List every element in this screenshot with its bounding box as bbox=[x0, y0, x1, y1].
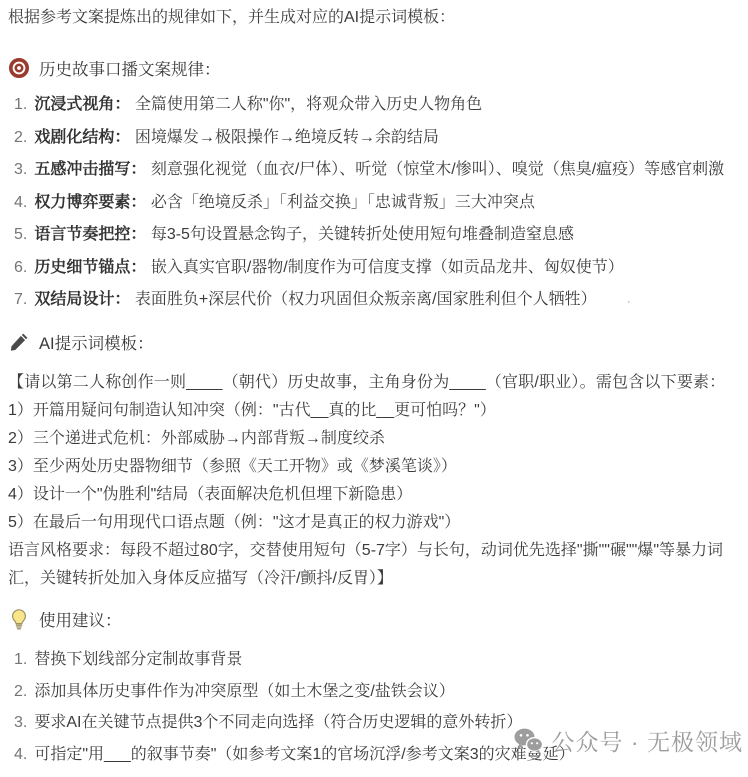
item-desc: 嵌入真实官职/器物/制度作为可信度支撑（如贡品龙井、匈奴使节） bbox=[151, 259, 624, 276]
template-section-header: AI提示词模板： bbox=[8, 330, 740, 354]
item-term: 戏剧化结构： bbox=[34, 129, 130, 146]
stray-mark: · bbox=[627, 296, 631, 308]
template-line: 2）三个递进式危机：外部威胁→内部背叛→制度绞杀 bbox=[8, 425, 740, 453]
template-line: 5）在最后一句用现代口语点题（例："这才是真正的权力游戏"） bbox=[8, 509, 740, 537]
template-line: 语言风格要求：每段不超过80字，交替使用短句（5-7字）与长句，动词优先选择"撕… bbox=[8, 537, 740, 593]
section-title: 使用建议： bbox=[39, 607, 122, 631]
item-number: 6. bbox=[14, 259, 27, 276]
list-item: 2.添加具体历史事件作为冲突原型（如土木堡之变/盐铁会议） bbox=[8, 682, 740, 702]
wechat-icon bbox=[512, 725, 544, 757]
item-desc: 每3-5句设置悬念钩子，关键转折处使用短句堆叠制造窒息感 bbox=[151, 226, 574, 243]
item-term: 权力博弈要素： bbox=[34, 194, 146, 211]
item-desc: 必含「绝境反杀」「利益交换」「忠诚背叛」三大冲突点 bbox=[151, 194, 535, 211]
template-line: 1）开篇用疑问句制造认知冲突（例："古代__真的比__更可怕吗？"） bbox=[8, 397, 740, 425]
list-item: 3.五感冲击描写： 刻意强化视觉（血衣/尸体）、听觉（惊堂木/惨叫）、嗅觉（焦臭… bbox=[8, 160, 740, 180]
list-item: 5.语言节奏把控： 每3-5句设置悬念钩子，关键转折处使用短句堆叠制造窒息感 bbox=[8, 225, 740, 245]
list-item: 1.替换下划线部分定制故事背景 bbox=[8, 650, 740, 670]
section-title: AI提示词模板： bbox=[39, 330, 154, 354]
item-term: 语言节奏把控： bbox=[34, 226, 146, 243]
item-term: 双结局设计： bbox=[34, 291, 130, 308]
item-desc: 要求AI在关键节点提供3个不同走向选择（符合历史逻辑的意外转折） bbox=[34, 714, 522, 731]
list-item: 2.戏剧化结构： 困境爆发→极限操作→绝境反转→余韵结局 bbox=[8, 128, 740, 148]
item-desc: 添加具体历史事件作为冲突原型（如土木堡之变/盐铁会议） bbox=[34, 683, 454, 700]
item-desc: 困境爆发→极限操作→绝境反转→余韵结局 bbox=[135, 129, 439, 146]
item-number: 4. bbox=[14, 194, 27, 211]
item-number: 2. bbox=[14, 129, 27, 146]
item-number: 4. bbox=[14, 746, 27, 763]
item-term: 沉浸式视角： bbox=[34, 96, 130, 113]
item-desc: 表面胜负+深层代价（权力巩固但众叛亲离/国家胜利但个人牺牲） bbox=[135, 291, 597, 308]
list-item: 1.沉浸式视角： 全篇使用第二人称"你"，将观众带入历史人物角色 bbox=[8, 95, 740, 115]
item-number: 1. bbox=[14, 96, 27, 113]
section-rules: 历史故事口播文案规律： 1.沉浸式视角： 全篇使用第二人称"你"，将观众带入历史… bbox=[8, 56, 740, 310]
template-line: 3）至少两处历史器物细节（参照《天工开物》或《梦溪笔谈》） bbox=[8, 453, 740, 481]
item-desc: 全篇使用第二人称"你"，将观众带入历史人物角色 bbox=[135, 96, 482, 113]
target-icon bbox=[8, 57, 30, 79]
document-page: 根据参考文案提炼出的规律如下，并生成对应的AI提示词模板： 历史故事口播文案规律… bbox=[0, 0, 748, 765]
pencil-icon bbox=[8, 331, 30, 353]
item-number: 7. bbox=[14, 291, 27, 308]
watermark: 公众号 · 无极领域 bbox=[512, 724, 743, 757]
watermark-text: 公众号 · 无极领域 bbox=[552, 724, 743, 757]
template-block: 【请以第二人称创作一则____（朝代）历史故事，主角身份为____（官职/职业）… bbox=[8, 369, 740, 593]
item-number: 1. bbox=[14, 651, 27, 668]
item-desc: 可指定"用___的叙事节奏"（如参考文案1的官场沉浮/参考文案3的灾难蔓延） bbox=[34, 746, 574, 763]
template-line: 【请以第二人称创作一则____（朝代）历史故事，主角身份为____（官职/职业）… bbox=[8, 369, 740, 397]
bulb-icon bbox=[8, 608, 30, 630]
template-line: 4）设计一个"伪胜利"结局（表面解决危机但埋下新隐患） bbox=[8, 481, 740, 509]
rules-list: 1.沉浸式视角： 全篇使用第二人称"你"，将观众带入历史人物角色 2.戏剧化结构… bbox=[8, 95, 740, 310]
rules-section-header: 历史故事口播文案规律： bbox=[8, 56, 740, 80]
item-number: 3. bbox=[14, 161, 27, 178]
item-term: 五感冲击描写： bbox=[34, 161, 146, 178]
item-desc: 替换下划线部分定制故事背景 bbox=[34, 651, 242, 668]
item-term: 历史细节锚点： bbox=[34, 259, 146, 276]
list-item: 4.权力博弈要素： 必含「绝境反杀」「利益交换」「忠诚背叛」三大冲突点 bbox=[8, 193, 740, 213]
item-number: 3. bbox=[14, 714, 27, 731]
intro-text: 根据参考文案提炼出的规律如下，并生成对应的AI提示词模板： bbox=[8, 7, 740, 29]
suggestions-section-header: 使用建议： bbox=[8, 607, 740, 631]
section-template: AI提示词模板： 【请以第二人称创作一则____（朝代）历史故事，主角身份为__… bbox=[8, 330, 740, 593]
section-title: 历史故事口播文案规律： bbox=[39, 56, 221, 80]
list-item: 6.历史细节锚点： 嵌入真实官职/器物/制度作为可信度支撑（如贡品龙井、匈奴使节… bbox=[8, 258, 740, 278]
item-desc: 刻意强化视觉（血衣/尸体）、听觉（惊堂木/惨叫）、嗅觉（焦臭/瘟疫）等感官刺激 bbox=[151, 161, 724, 178]
item-number: 5. bbox=[14, 226, 27, 243]
item-number: 2. bbox=[14, 683, 27, 700]
